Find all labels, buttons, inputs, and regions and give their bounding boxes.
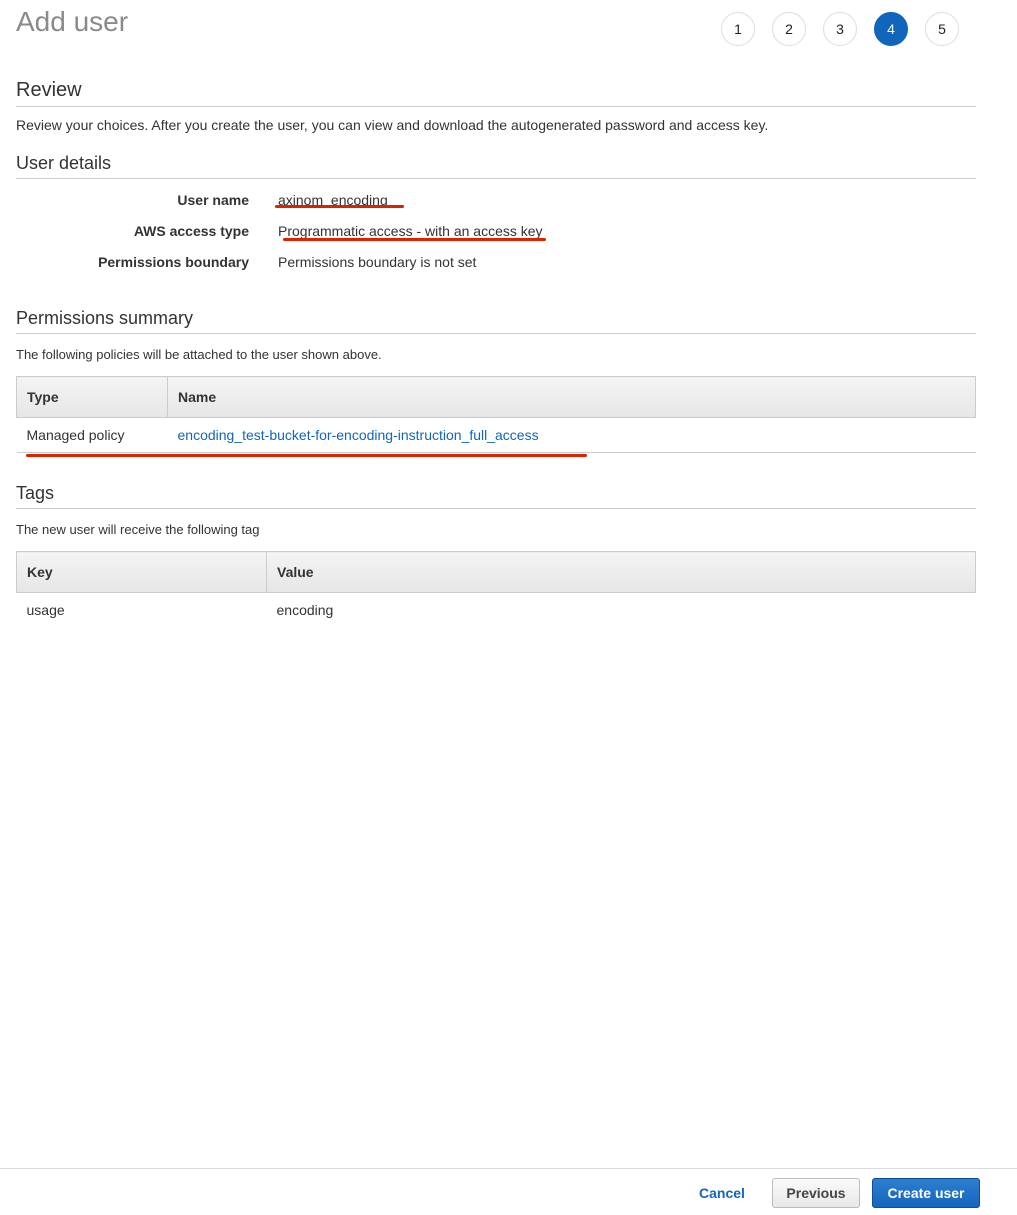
access-type-value: Programmatic access - with an access key: [278, 223, 543, 239]
table-row: Managed policy encoding_test-bucket-for-…: [17, 418, 976, 453]
tag-value-cell: encoding: [267, 593, 976, 628]
tag-key-cell: usage: [17, 593, 267, 628]
table-row: usage encoding: [17, 593, 976, 628]
page-title: Add user: [16, 6, 128, 38]
annotation-underline-access-type: [283, 238, 546, 241]
column-header-type[interactable]: Type: [17, 377, 168, 418]
permissions-table: Type Name Managed policy encoding_test-b…: [16, 376, 976, 453]
column-header-name[interactable]: Name: [168, 377, 976, 418]
permissions-boundary-label: Permissions boundary: [16, 254, 278, 270]
step-2[interactable]: 2: [772, 12, 806, 46]
policy-type-cell: Managed policy: [17, 418, 168, 453]
review-heading: Review: [16, 79, 976, 107]
annotation-underline-username: [275, 205, 404, 208]
tags-heading: Tags: [16, 483, 976, 509]
policy-name-cell: encoding_test-bucket-for-encoding-instru…: [168, 418, 976, 453]
user-name-label: User name: [16, 192, 278, 208]
step-3[interactable]: 3: [823, 12, 857, 46]
permissions-summary-heading: Permissions summary: [16, 308, 976, 334]
step-4-current[interactable]: 4: [874, 12, 908, 46]
permissions-description: The following policies will be attached …: [16, 347, 382, 362]
footer-divider: [0, 1168, 1017, 1169]
policy-name-link[interactable]: encoding_test-bucket-for-encoding-instru…: [178, 427, 539, 443]
user-details-heading: User details: [16, 153, 976, 179]
cancel-button[interactable]: Cancel: [699, 1185, 745, 1201]
tags-table: Key Value usage encoding: [16, 551, 976, 627]
access-type-label: AWS access type: [16, 223, 278, 239]
wizard-steps: 1 2 3 4 5: [721, 12, 959, 46]
tags-description: The new user will receive the following …: [16, 522, 260, 537]
create-user-button[interactable]: Create user: [872, 1178, 980, 1208]
review-description: Review your choices. After you create th…: [16, 117, 768, 133]
step-5[interactable]: 5: [925, 12, 959, 46]
permissions-boundary-value: Permissions boundary is not set: [278, 254, 476, 270]
previous-button[interactable]: Previous: [772, 1178, 860, 1208]
permissions-boundary-row: Permissions boundary Permissions boundar…: [16, 254, 543, 285]
step-1[interactable]: 1: [721, 12, 755, 46]
column-header-key[interactable]: Key: [17, 552, 267, 593]
annotation-underline-policy: [26, 454, 587, 457]
column-header-value[interactable]: Value: [267, 552, 976, 593]
